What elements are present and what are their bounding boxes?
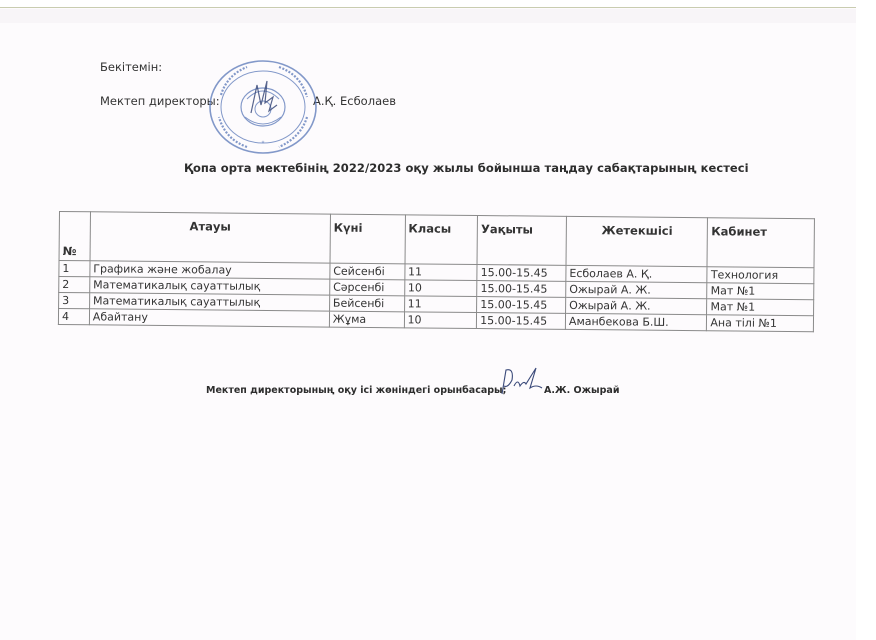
cell-room: Мат №1: [707, 299, 814, 316]
cell-class: 11: [404, 264, 477, 281]
cell-day: Сейсенбі: [330, 263, 405, 280]
scan-top-edge: [0, 0, 856, 8]
cell-leader: Есболаев А. Қ.: [566, 265, 708, 282]
cell-room: Ана тілі №1: [707, 315, 814, 332]
header-room: Кабинет: [707, 218, 814, 268]
cell-number: 3: [59, 293, 90, 309]
cell-class: 10: [404, 312, 477, 329]
director-name: А.Қ. Есболаев: [313, 94, 396, 108]
official-seal-icon: *: [207, 55, 319, 155]
cell-time: 15.00-15.45: [477, 297, 566, 314]
cell-room: Технология: [707, 267, 814, 284]
cell-day: Жұма: [329, 311, 404, 328]
cell-time: 15.00-15.45: [477, 265, 566, 282]
cell-leader: Аманбекова Б.Ш.: [565, 313, 707, 330]
cell-name: Абайтану: [89, 309, 329, 327]
cell-number: 2: [59, 277, 90, 293]
header-leader: Жетекшісі: [566, 216, 708, 266]
deputy-label: Мектеп директорының оқу ісі жөніндегі ор…: [206, 385, 506, 396]
cell-time: 15.00-15.45: [477, 281, 566, 298]
cell-number: 1: [59, 261, 90, 277]
header-time: Уақыты: [477, 216, 566, 266]
scanned-document-page: Бекітемін: Мектеп директоры: А.Қ. Есбола…: [0, 0, 856, 640]
document-title: Қопа орта мектебінің 2022/2023 оқу жылы …: [184, 161, 749, 175]
cell-room: Мат №1: [707, 283, 814, 300]
cell-number: 4: [58, 309, 89, 325]
cell-class: 10: [404, 280, 477, 297]
cell-day: Бейсенбі: [329, 295, 404, 312]
deputy-name: А.Ж. Ожырай: [544, 385, 620, 396]
approval-label: Бекітемін:: [100, 60, 162, 74]
cell-leader: Ожырай А. Ж.: [566, 297, 708, 314]
cell-time: 15.00-15.45: [477, 313, 566, 330]
cell-name: Математикалық сауаттылық: [89, 293, 329, 311]
cell-class: 11: [404, 296, 477, 313]
director-label: Мектеп директоры:: [100, 94, 220, 108]
header-number: №: [59, 212, 90, 261]
header-day: Күні: [330, 214, 405, 264]
cell-leader: Ожырай А. Ж.: [566, 281, 708, 298]
cell-name: Графика және жобалау: [90, 261, 330, 279]
table-header-row: № Атауы Күні Класы Уақыты Жетекшісі Каби…: [59, 212, 814, 268]
header-name: Атауы: [90, 212, 330, 263]
cell-name: Математикалық сауаттылық: [90, 277, 330, 295]
elective-schedule-table: № Атауы Күні Класы Уақыты Жетекшісі Каби…: [58, 211, 815, 332]
header-class: Класы: [405, 215, 478, 265]
cell-day: Сәрсенбі: [330, 279, 405, 296]
svg-text:*: *: [262, 140, 265, 147]
